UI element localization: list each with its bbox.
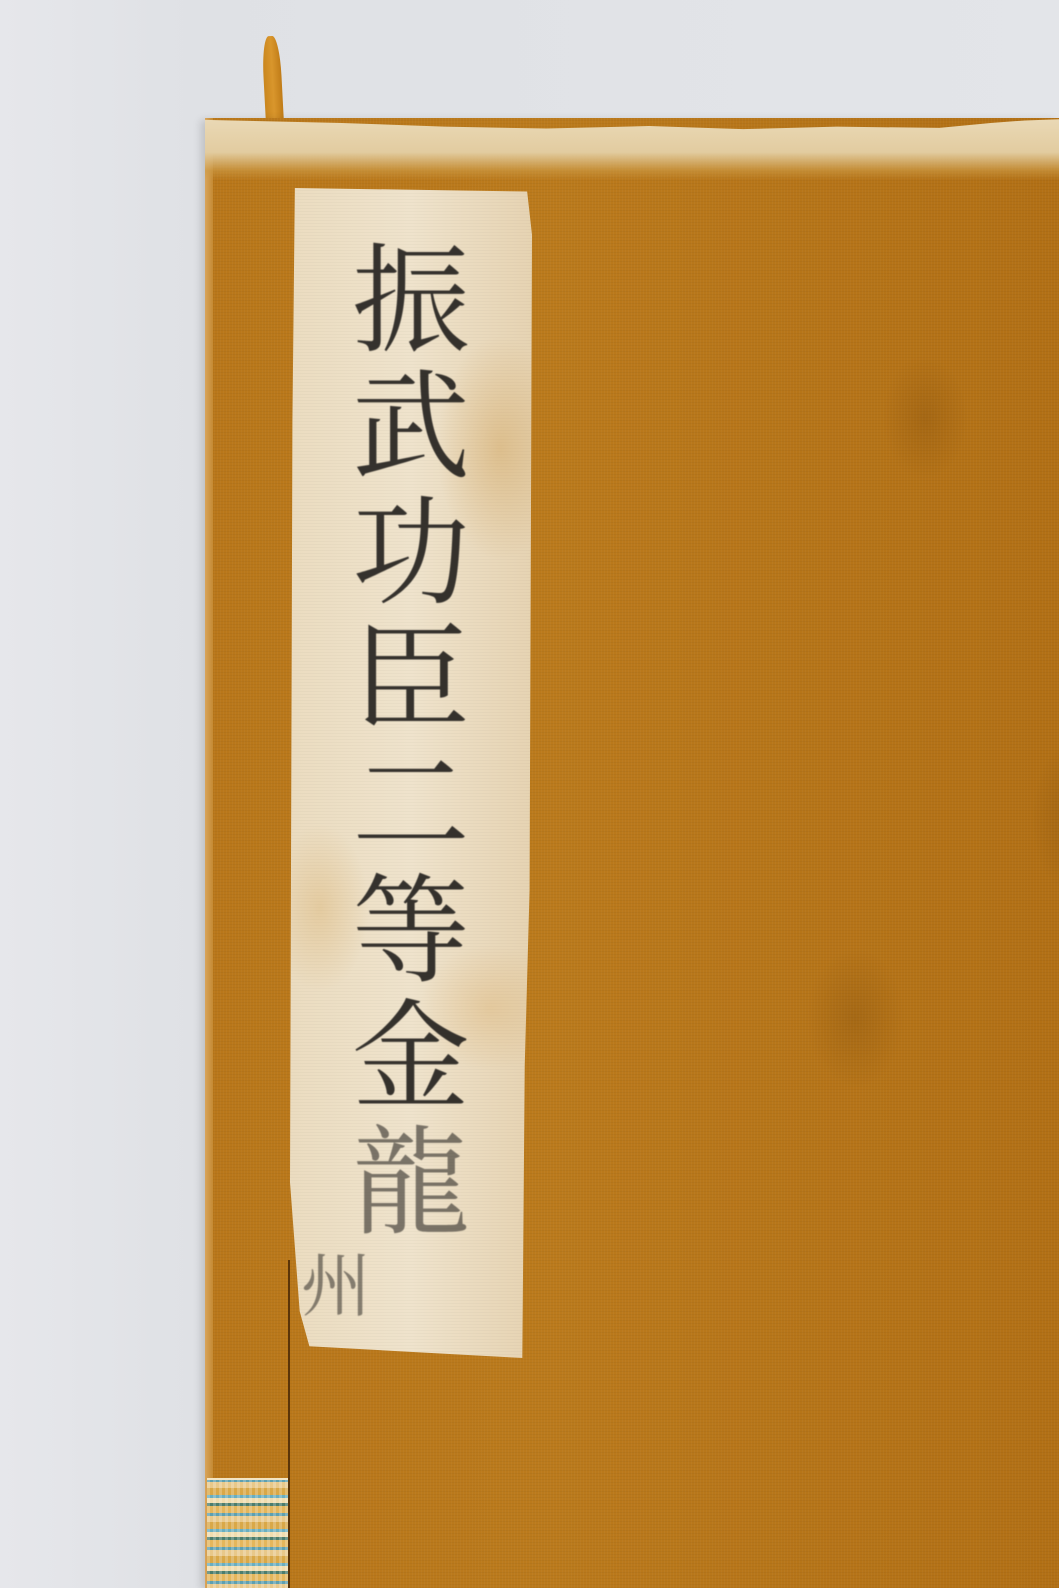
- title-label: 振 武 功 臣 二 等 金 龍 州: [290, 188, 532, 1358]
- label-char: 振: [352, 238, 470, 364]
- label-char: 等: [352, 868, 470, 994]
- calligraphy-column: 振 武 功 臣 二 等 金 龍 州: [290, 238, 532, 1326]
- label-char: 臣: [352, 616, 470, 742]
- label-char: 武: [352, 364, 470, 490]
- label-char: 金: [352, 994, 470, 1120]
- brocade-weave: [207, 1480, 288, 1588]
- label-fragment: 州: [301, 1246, 371, 1326]
- label-char: 功: [352, 490, 470, 616]
- label-char: 二: [352, 742, 470, 868]
- frayed-top-edge: [205, 118, 1059, 180]
- mount-seam: [288, 1260, 290, 1588]
- label-char: 龍: [352, 1120, 470, 1246]
- scroll-left-edge: [205, 118, 213, 1588]
- brocade-ribbon: [207, 1478, 288, 1588]
